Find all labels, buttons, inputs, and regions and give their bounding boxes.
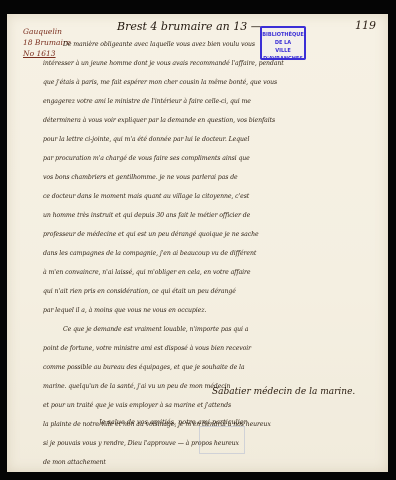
- body-line: que j'étais à paris, me fait espérer mon…: [43, 73, 363, 92]
- body-line: déterminera à vous voir expliquer par la…: [43, 111, 363, 130]
- body-line: par procuration m'a chargé de vous faire…: [43, 149, 363, 168]
- body-line: à m'en convaincre, n'ai laissé, qui m'ob…: [43, 263, 363, 282]
- letter-body: De manière obligeante avec laquelle vous…: [43, 35, 363, 472]
- body-line: pour la lettre ci-jointe, qui m'a été do…: [43, 130, 363, 149]
- body-line: ce docteur dans le moment mais quant au …: [43, 187, 363, 206]
- body-line: un homme très instruit et qui depuis 30 …: [43, 206, 363, 225]
- place-date-heading: Brest 4 brumaire an 13 —: [117, 20, 262, 33]
- body-line: vos bons chambriers et gentilhomme. je n…: [43, 168, 363, 187]
- postscript: Je salue de vos amitiés, notre ami parti…: [99, 418, 247, 426]
- body-line: intéresser à un jeune homme dont je vous…: [43, 54, 363, 73]
- body-line: point de fortune, votre ministre ami est…: [43, 339, 363, 358]
- body-line: professeur de médecine et qui est un peu…: [43, 225, 363, 244]
- body-line: de mon attachement: [43, 453, 363, 472]
- body-line: qui n'ait rien pris en considération, ce…: [43, 282, 363, 301]
- signature: Sabatier médecin de la marine.: [212, 387, 355, 397]
- body-line: par lequel il a, à moins que vous ne vou…: [43, 301, 363, 320]
- body-line: dans les campagnes de la compagnie, j'en…: [43, 244, 363, 263]
- body-line: engagerez votre ami le ministre de l'int…: [43, 92, 363, 111]
- body-line: comme possible au bureau des équipages, …: [43, 358, 363, 377]
- body-line: De manière obligeante avec laquelle vous…: [43, 35, 363, 54]
- letter-page: Gauquelin 18 Brumaire No 1613 Brest 4 br…: [7, 14, 388, 472]
- body-line: Ce que je demande est vraiment louable, …: [43, 320, 363, 339]
- faded-stamp-bleedthrough: [199, 426, 245, 454]
- body-line: et pour un traité que je vais employer à…: [43, 396, 363, 415]
- folio-number: 119: [355, 19, 376, 32]
